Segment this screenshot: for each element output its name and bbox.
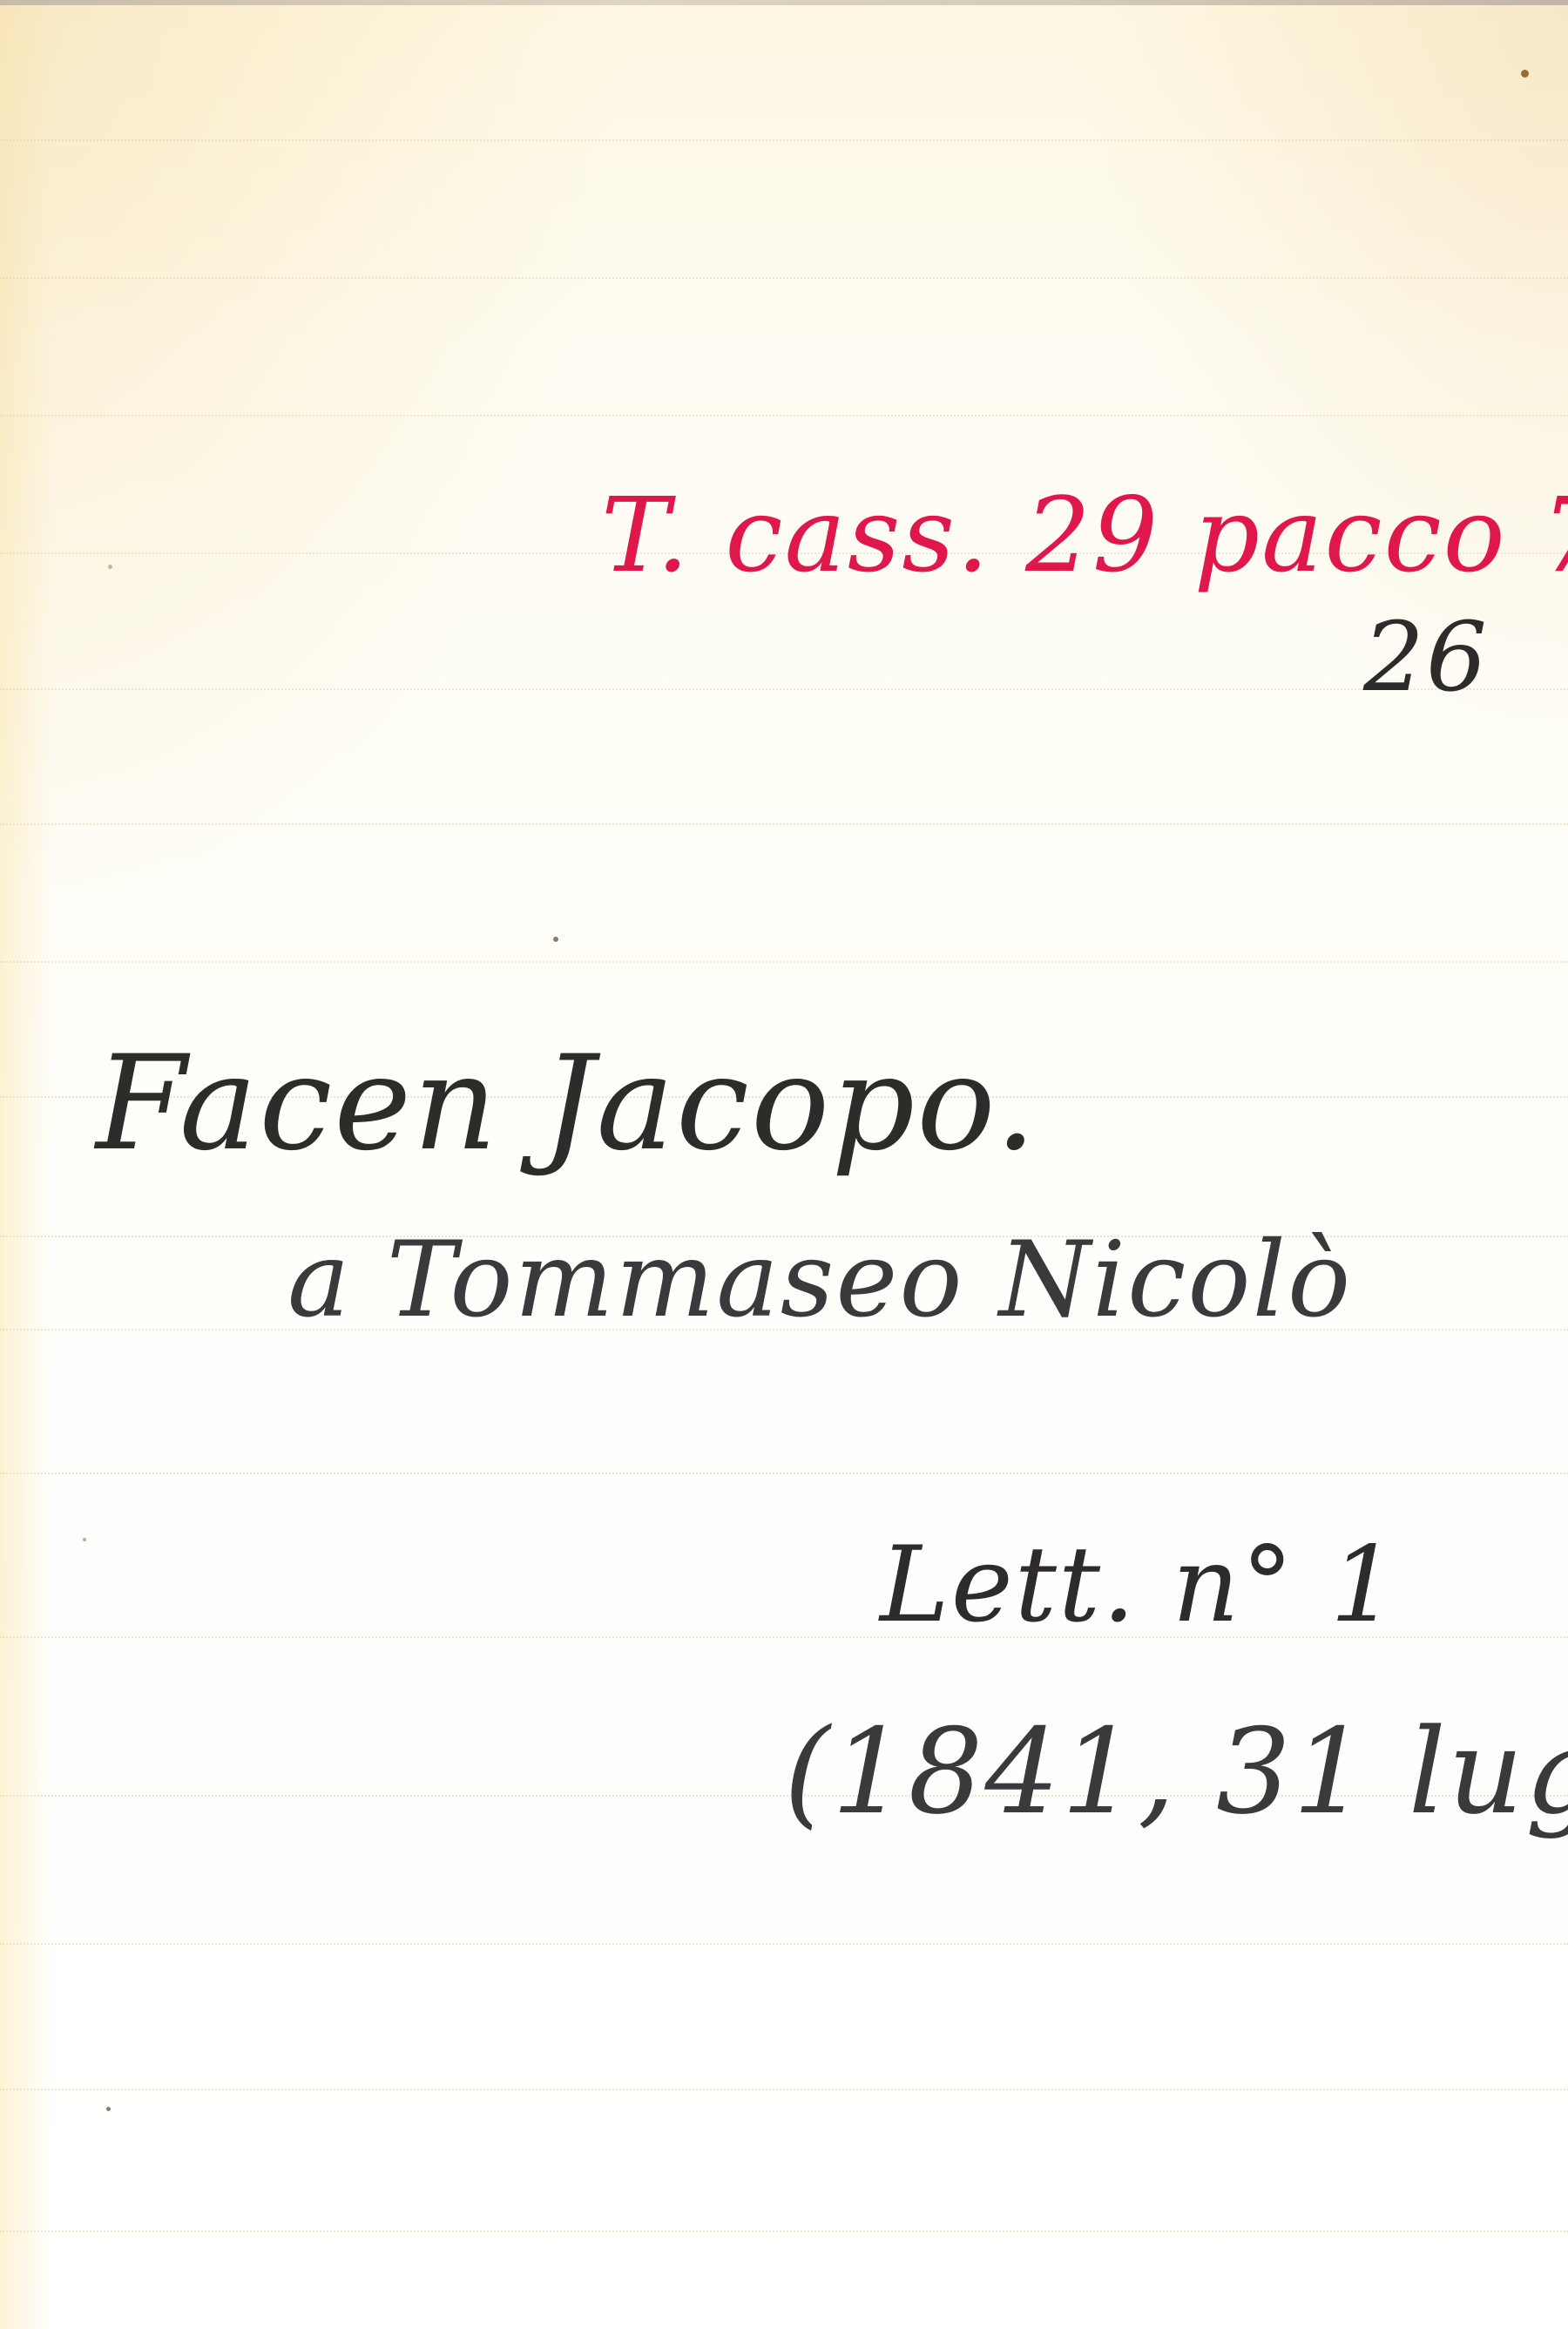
ruled-line	[0, 2231, 1568, 2232]
ink-speck	[108, 565, 112, 569]
ruled-line	[0, 1473, 1568, 1474]
ruled-line	[0, 823, 1568, 825]
ruled-line	[0, 139, 1568, 141]
recipient-name: a Tommaseo Nicolò	[287, 1220, 1352, 1341]
letter-date: (1841, 31 lugl.)	[784, 1703, 1568, 1840]
ruled-line	[0, 415, 1568, 416]
ruled-line	[0, 688, 1568, 690]
sender-name: Facen Jacopo.	[96, 1028, 1038, 1180]
card-top-edge	[0, 0, 1568, 5]
letter-count: Lett. n° 1	[880, 1525, 1398, 1646]
ruled-line	[0, 2089, 1568, 2090]
ink-speck	[106, 2107, 111, 2111]
ink-speck	[553, 937, 558, 942]
ruled-line	[0, 1943, 1568, 1945]
folder-number: 26	[1363, 601, 1489, 713]
ink-speck	[83, 1538, 86, 1541]
ink-speck	[1521, 70, 1529, 78]
ruled-line	[0, 277, 1568, 279]
index-card: T. cass. 29 pacco 78. 26 Facen Jacopo. a…	[0, 0, 1568, 2329]
shelfmark: T. cass. 29 pacco 78.	[601, 475, 1568, 595]
ruled-line	[0, 961, 1568, 963]
